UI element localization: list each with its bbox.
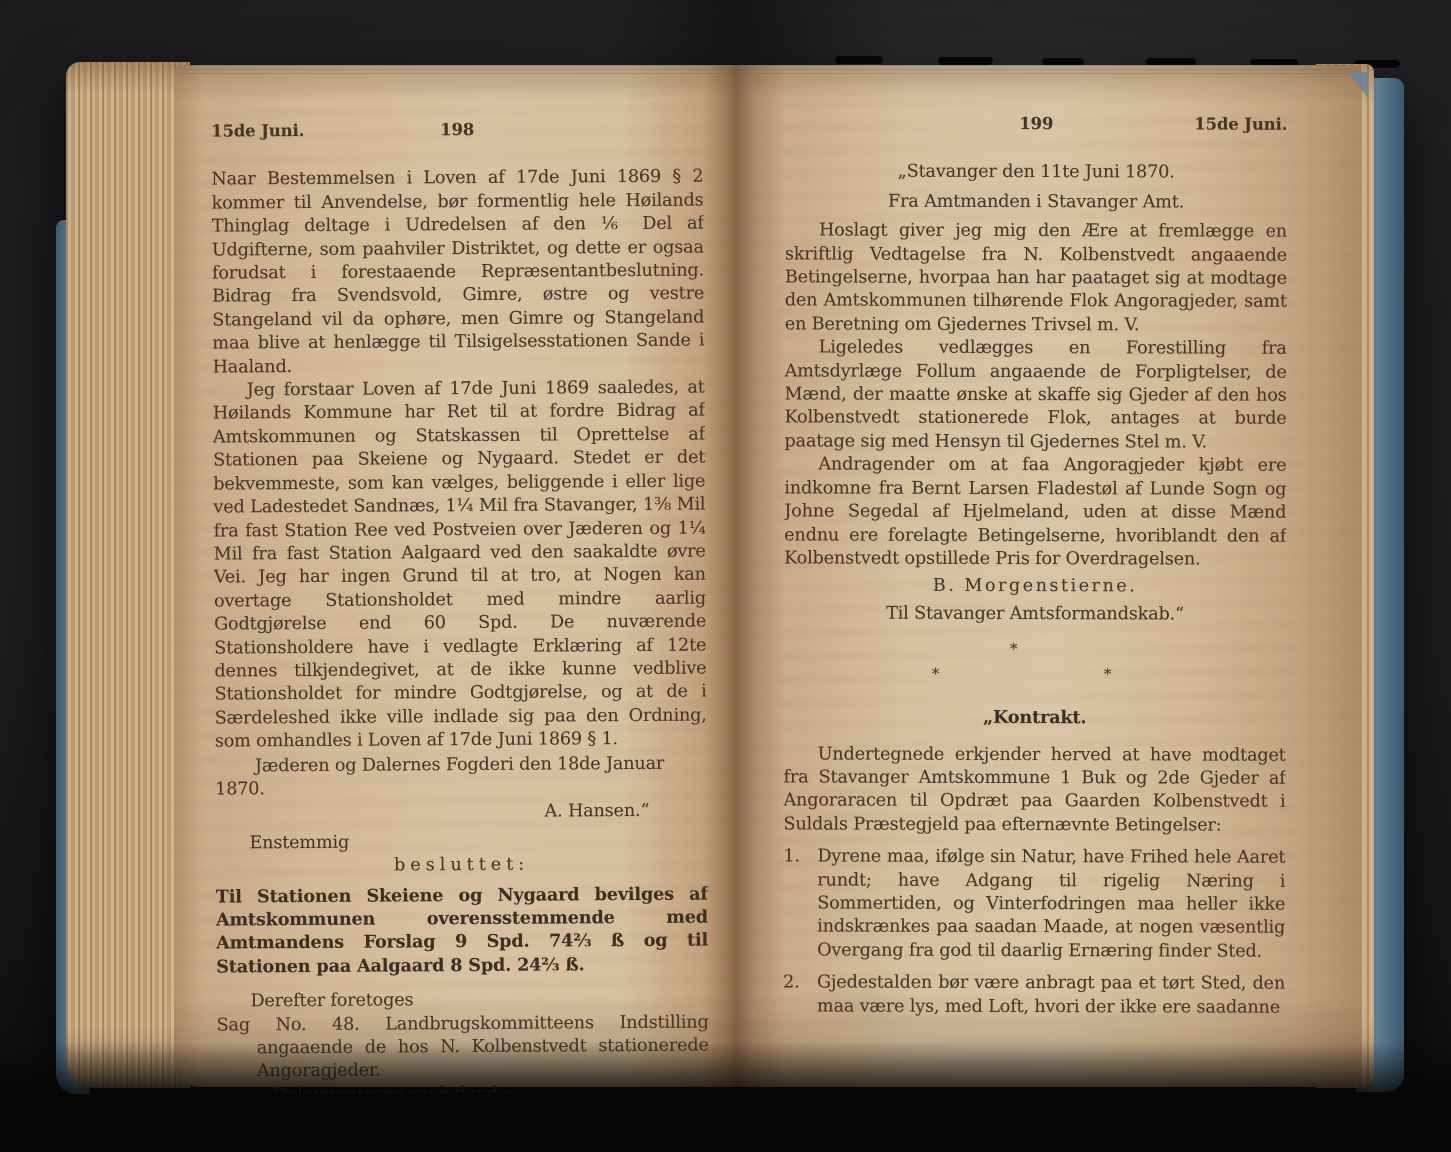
asterisk: * <box>1010 638 1017 661</box>
photo-background: 15de Juni. 198 Naar Bestemmelsen i Loven… <box>0 0 1451 1152</box>
open-book: 15de Juni. 198 Naar Bestemmelsen i Loven… <box>56 62 1404 1096</box>
item-number: 2. <box>783 972 817 1019</box>
contract-heading: „Kontrakt. <box>784 705 1286 730</box>
paragraph-likewise: Ligeledes vedlægges en Forestilling fra … <box>784 337 1286 455</box>
thereafter-line: Derefter foretoges <box>216 988 708 1014</box>
page-number: 199 <box>953 112 1120 136</box>
item-number: 1. <box>783 845 817 962</box>
contract-item-2: 2. Gjedestalden bør være anbragt paa et … <box>783 972 1285 1020</box>
left-page-header: 15de Juni. 198 <box>211 117 703 143</box>
paragraph-view: Jeg forstaar Loven af 17de Juni 1869 saa… <box>213 377 707 754</box>
asterisk: * <box>1104 663 1111 686</box>
running-header-date: 15de Juni. <box>211 119 375 143</box>
page-edge-stack-left <box>66 62 190 1088</box>
asterism-separator: * * * <box>784 635 1286 690</box>
contract-item-1: 1. Dyrene maa, ifølge sin Natur, have Fr… <box>783 845 1285 963</box>
running-header-date: 15de Juni. <box>1120 112 1287 136</box>
signature-hansen: A. Hansen.“ <box>215 800 707 826</box>
resolution-text: Til Stationen Skeiene og Nygaard bevilge… <box>216 882 709 979</box>
right-page: 199 15de Juni. „Stavanger den 11te Juni … <box>783 111 1288 1097</box>
folded-corner <box>1348 72 1368 98</box>
table-shadow <box>0 1042 1451 1152</box>
page-number: 198 <box>375 118 539 142</box>
dateline: Jæderen og Dalernes Fogderi den 18de Jan… <box>215 752 707 802</box>
paragraph-intro: Naar Bestemmelsen i Loven af 17de Juni 1… <box>211 166 704 380</box>
asterisk: * <box>932 663 939 686</box>
paragraph-enclosed: Hoslagt giver jeg mig den Ære at fremlæg… <box>785 220 1287 338</box>
signature-morgenstierne: B. Morgenstierne. <box>784 575 1286 600</box>
right-page-header: 199 15de Juni. <box>785 111 1287 136</box>
addressee-line: Til Stavanger Amtsformandskab.“ <box>784 602 1286 627</box>
letter-sender: Fra Amtmanden i Stavanger Amt. <box>785 190 1287 215</box>
header-spacer <box>539 134 703 135</box>
letter-dateline: „Stavanger den 11te Juni 1870. <box>785 161 1287 186</box>
item-text: Dyrene maa, ifølge sin Natur, have Frihe… <box>817 846 1285 964</box>
resolved-label: besluttet: <box>216 853 708 879</box>
unanimous-label: Enstemmig <box>215 829 707 855</box>
contract-intro: Undertegnede erkjender herved at have mo… <box>783 743 1285 838</box>
left-page: 15de Juni. 198 Naar Bestemmelsen i Loven… <box>211 117 709 1095</box>
paragraph-applications: Andragender om at faa Angoragjeder kjøbt… <box>784 454 1286 572</box>
item-text: Gjedestalden bør være anbragt paa et tør… <box>817 972 1285 1020</box>
